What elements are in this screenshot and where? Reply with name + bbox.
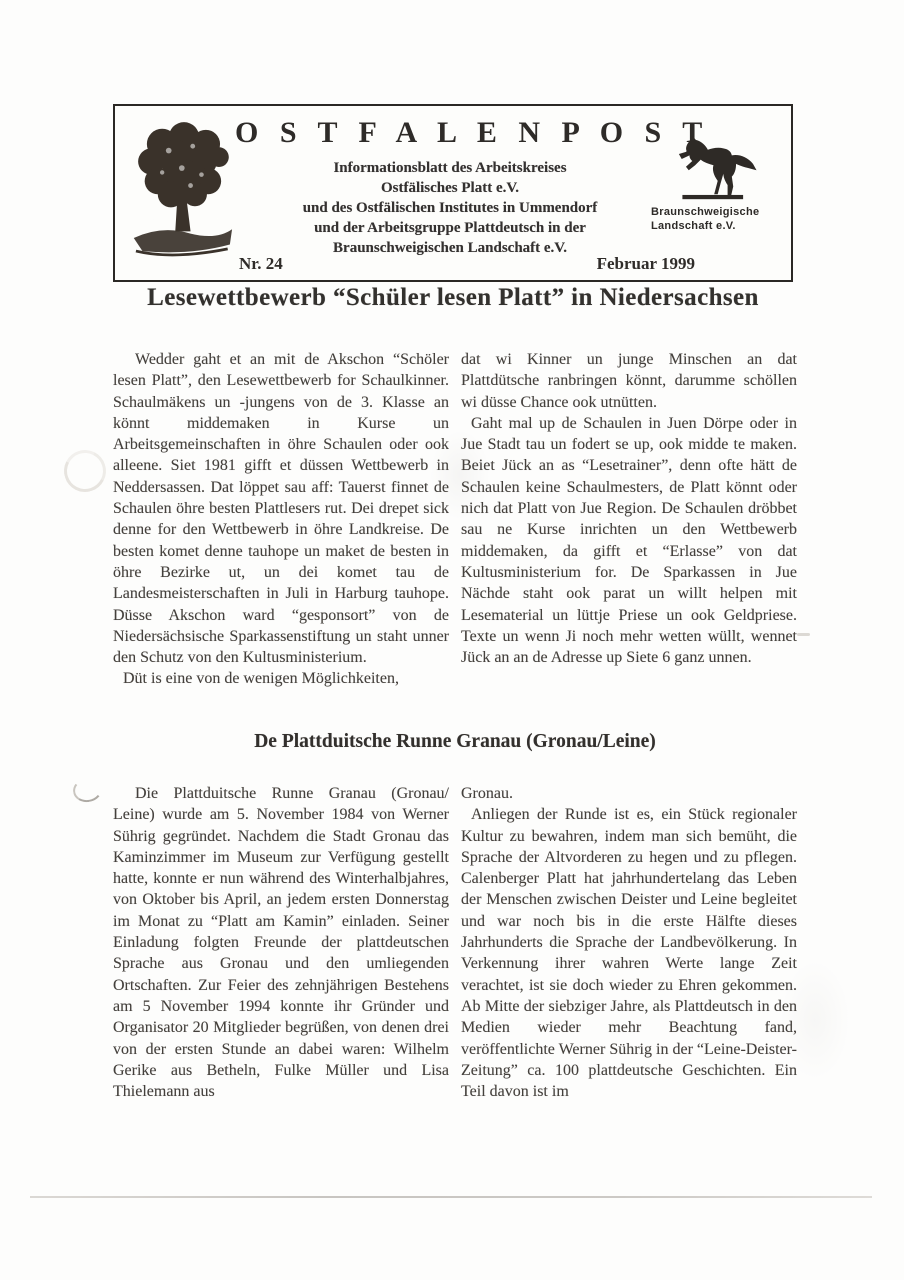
article1-column-right: dat wi Kinner un junge Minschen an dat P… — [461, 349, 797, 690]
issue-row: Nr. 24 Februar 1999 — [239, 254, 695, 274]
horse-caption-line-1: Braunschweigische — [651, 206, 769, 220]
article2-paragraph: Gronau. — [461, 783, 797, 804]
masthead-subtitle-line-2: Ostfälisches Platt e.V. — [235, 178, 665, 198]
tree-logo-icon — [128, 120, 240, 262]
article1-paragraph: dat wi Kinner un junge Minschen an dat P… — [461, 349, 797, 413]
hole-punch-mark — [59, 445, 112, 498]
masthead-subtitle-line-1: Informationsblatt des Arbeitskreises — [235, 158, 665, 178]
masthead-box: O S T F A L E N P O S T Informationsblat… — [113, 104, 793, 282]
horse-logo-caption: Braunschweigische Landschaft e.V. — [651, 206, 769, 233]
article2-column-right: Gronau. Anliegen der Runde ist es, ein S… — [461, 783, 797, 1102]
newsletter-title: O S T F A L E N P O S T — [235, 116, 665, 150]
horse-caption-line-2: Landschaft e.V. — [651, 220, 769, 234]
pen-arc-mark — [71, 776, 104, 805]
article2-column-left: Die Plattduitsche Runne Granau (Gronau/ … — [113, 783, 449, 1102]
article1-headline: Lesewettbewerb “Schüler lesen Platt” in … — [110, 284, 796, 312]
scanned-newsletter-page: { "colors": { "paper": "#fdfdfc", "ink":… — [0, 0, 904, 1280]
article2-headline: De Plattduitsche Runne Granau (Gronau/Le… — [113, 731, 797, 753]
article1-paragraph: Wedder gaht et an mit de Akschon “Schöle… — [113, 349, 449, 668]
article1-paragraph: Düt is eine von de wenigen Möglichkeiten… — [113, 668, 449, 689]
scan-smudge — [430, 430, 490, 520]
article1-column-left: Wedder gaht et an mit de Akschon “Schöle… — [113, 349, 449, 690]
article2-paragraph: Die Plattduitsche Runne Granau (Gronau/ … — [113, 783, 449, 1102]
masthead-subtitle-line-3: und des Ostfälischen Institutes in Ummen… — [235, 198, 665, 218]
article2-paragraph: Anliegen der Runde ist es, ein Stück reg… — [461, 804, 797, 1102]
masthead-text-block: O S T F A L E N P O S T Informationsblat… — [235, 116, 665, 258]
issue-number: Nr. 24 — [239, 254, 283, 274]
page: O S T F A L E N P O S T Informationsblat… — [0, 0, 904, 1280]
scan-edge-line — [30, 1196, 872, 1198]
article2-body: Die Plattduitsche Runne Granau (Gronau/ … — [113, 783, 797, 1102]
margin-smudge — [797, 633, 810, 636]
horse-logo-icon — [663, 130, 771, 202]
issue-date: Februar 1999 — [597, 254, 695, 274]
masthead-subtitle-line-4: und der Arbeitsgruppe Plattdeutsch in de… — [235, 218, 665, 238]
horse-logo-block: Braunschweigische Landschaft e.V. — [651, 130, 769, 233]
article1-paragraph: Gaht mal up de Schaulen in Juen Dörpe od… — [461, 413, 797, 669]
scan-smudge — [780, 960, 850, 1080]
